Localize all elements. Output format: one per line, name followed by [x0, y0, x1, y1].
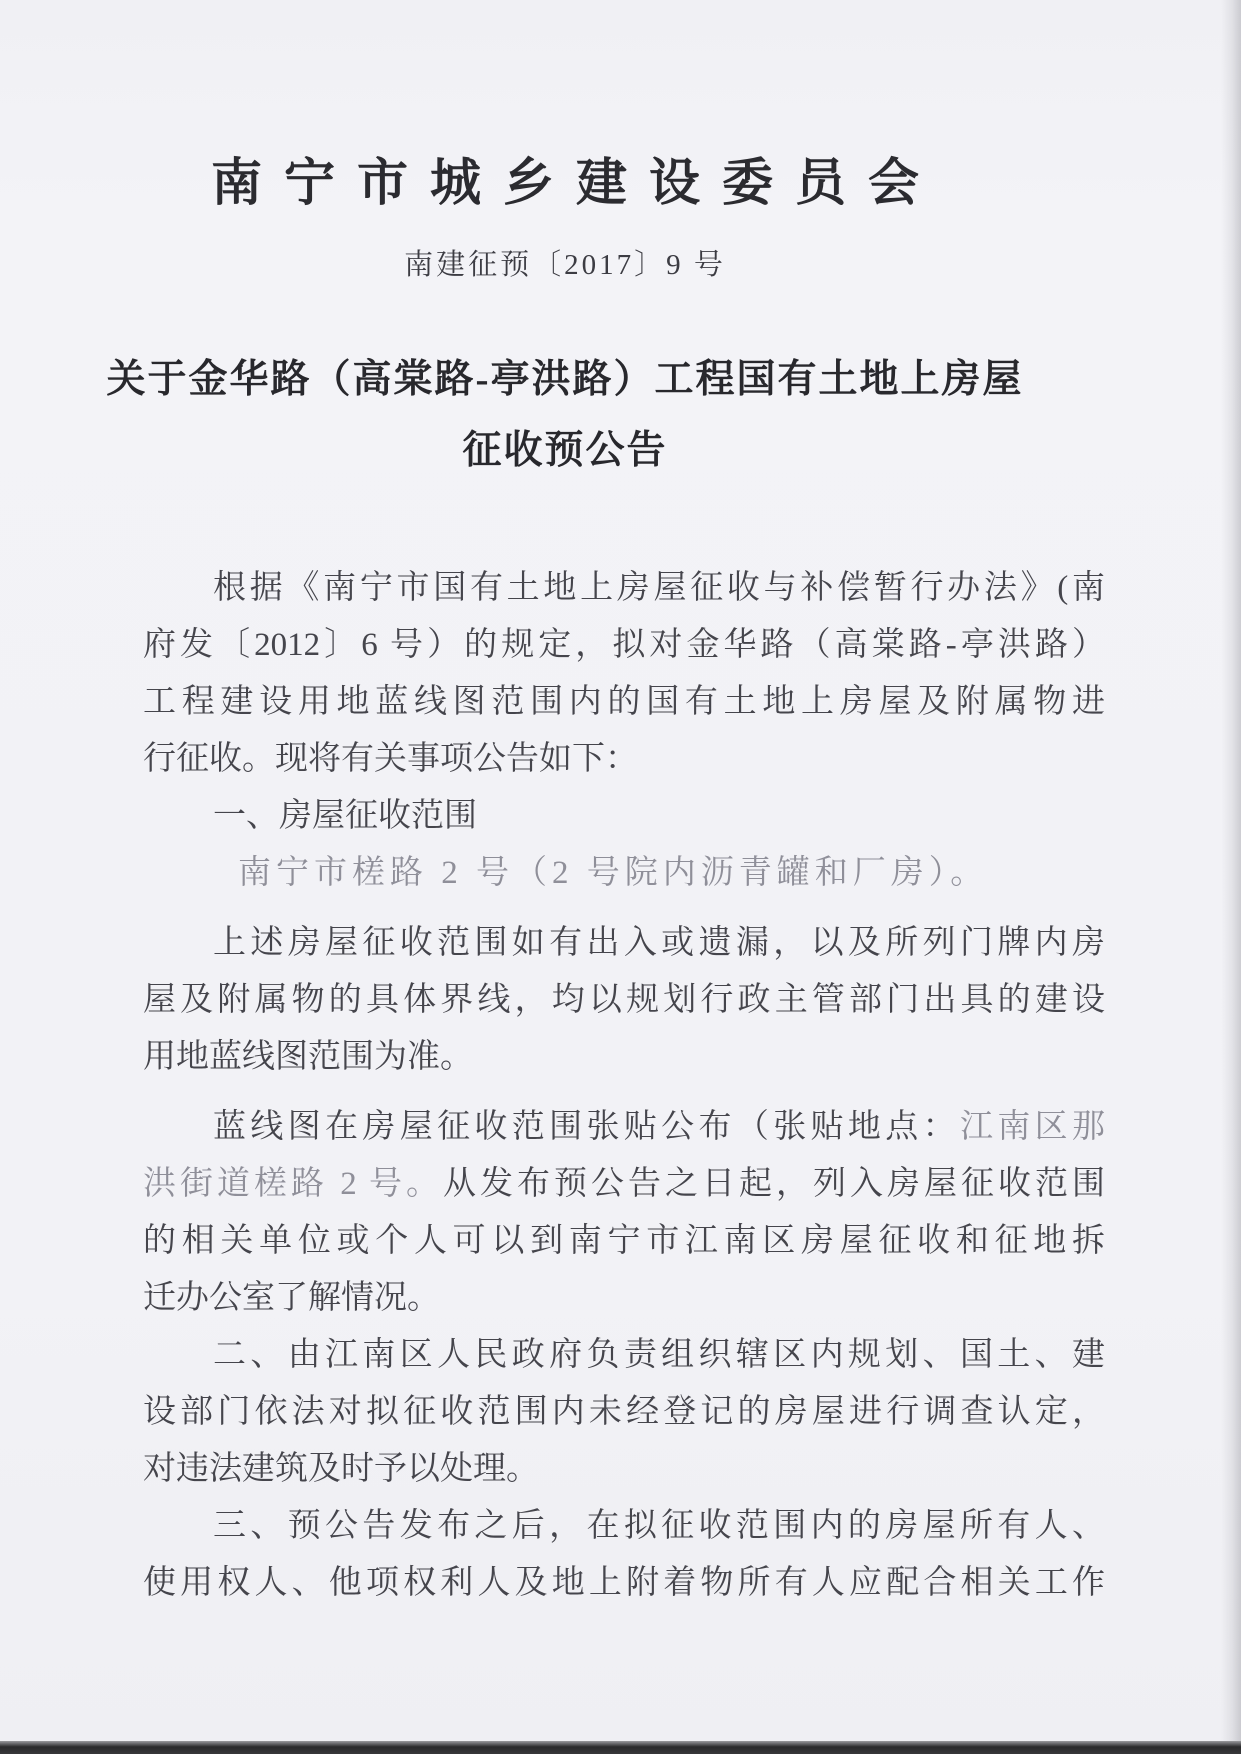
body-line: 对违法建筑及时予以处理。 [143, 1441, 1105, 1498]
body-text-segment: 用地蓝线图范围为准。 [143, 1039, 473, 1075]
filled-in-text: 洪街道槎路 2 号。 [143, 1166, 443, 1202]
filled-in-text: 江南区那 [960, 1109, 1105, 1145]
body-text-segment: 三、预公告发布之后，在拟征收范围内的房屋所有人、 [213, 1508, 1105, 1544]
body-line: 南宁市槎路 2 号（2 号院内沥青罐和厂房）。 [143, 845, 1105, 902]
body-line: 三、预公告发布之后，在拟征收范围内的房屋所有人、 [143, 1498, 1105, 1555]
body-text-segment: 屋及附属物的具体界线，均以规划行政主管部门出具的建设 [143, 982, 1105, 1018]
body-text-segment: 上述房屋征收范围如有出入或遗漏，以及所列门牌内房 [213, 925, 1105, 961]
body-line: 屋及附属物的具体界线，均以规划行政主管部门出具的建设 [143, 972, 1105, 1029]
body-line: 行征收。现将有关事项公告如下： [143, 731, 1105, 788]
body-text-segment: 工程建设用地蓝线图范围内的国有土地上房屋及附属物进 [143, 684, 1105, 720]
body-text-segment: 二、由江南区人民政府负责组织辖区内规划、国土、建 [213, 1337, 1105, 1373]
document-number: 南建征预〔2017〕9 号 [80, 242, 1050, 283]
announcement-title: 关于金华路（高棠路-亭洪路）工程国有土地上房屋 征收预公告 [80, 344, 1050, 486]
body-line: 根据《南宁市国有土地上房屋征收与补偿暂行办法》(南 [143, 560, 1105, 617]
scan-bottom-edge [0, 1741, 1241, 1754]
body-line: 上述房屋征收范围如有出入或遗漏，以及所列门牌内房 [143, 915, 1105, 972]
body-text-segment: 设部门依法对拟征收范围内未经登记的房屋进行调查认定， [143, 1394, 1105, 1430]
body-text-segment: 的相关单位或个人可以到南宁市江南区房屋征收和征地拆 [143, 1223, 1105, 1259]
body-text-segment: 行征收。现将有关事项公告如下： [143, 741, 638, 777]
body-line: 工程建设用地蓝线图范围内的国有土地上房屋及附属物进 [143, 674, 1105, 731]
document-header: 南宁市城乡建设委员会 南建征预〔2017〕9 号 [80, 148, 1050, 283]
announcement-body: 根据《南宁市国有土地上房屋征收与补偿暂行办法》(南府发〔2012〕6 号）的规定… [143, 560, 1105, 1612]
body-line: 府发〔2012〕6 号）的规定，拟对金华路（高棠路-亭洪路） [143, 617, 1105, 674]
body-line: 迁办公室了解情况。 [143, 1270, 1105, 1327]
body-text-segment: 根据《南宁市国有土地上房屋征收与补偿暂行办法》(南 [213, 570, 1105, 606]
page-right-edge-shadow [1221, 0, 1241, 1754]
body-line: 一、房屋征收范围 [143, 788, 1105, 845]
body-line: 使用权人、他项权利人及地上附着物所有人应配合相关工作 [143, 1555, 1105, 1612]
announcement-title-line1: 关于金华路（高棠路-亭洪路）工程国有土地上房屋 [80, 344, 1050, 415]
body-text-segment: 一、房屋征收范围 [213, 798, 477, 834]
body-line: 蓝线图在房屋征收范围张贴公布（张贴地点：江南区那 [143, 1099, 1105, 1156]
body-line: 设部门依法对拟征收范围内未经登记的房屋进行调查认定， [143, 1384, 1105, 1441]
body-line: 二、由江南区人民政府负责组织辖区内规划、国土、建 [143, 1327, 1105, 1384]
body-text-segment: 府发〔2012〕6 号）的规定，拟对金华路（高棠路-亭洪路） [143, 627, 1105, 663]
body-text-segment: 从发布预公告之日起，列入房屋征收范围 [443, 1166, 1105, 1202]
body-line: 洪街道槎路 2 号。从发布预公告之日起，列入房屋征收范围 [143, 1156, 1105, 1213]
issuing-org-title: 南宁市城乡建设委员会 [80, 148, 1050, 220]
body-text-segment: 蓝线图在房屋征收范围张贴公布（张贴地点： [213, 1109, 960, 1145]
body-text-segment: 对违法建筑及时予以处理。 [143, 1451, 539, 1487]
document-page: 南宁市城乡建设委员会 南建征预〔2017〕9 号 关于金华路（高棠路-亭洪路）工… [0, 0, 1241, 1754]
body-text-segment: 南宁市槎路 2 号（2 号院内沥青罐和厂房）。 [238, 855, 988, 891]
body-line: 的相关单位或个人可以到南宁市江南区房屋征收和征地拆 [143, 1213, 1105, 1270]
body-text-segment: 迁办公室了解情况。 [143, 1280, 440, 1316]
body-line: 用地蓝线图范围为准。 [143, 1029, 1105, 1086]
body-text-segment: 使用权人、他项权利人及地上附着物所有人应配合相关工作 [143, 1565, 1105, 1601]
announcement-title-line2: 征收预公告 [80, 415, 1050, 486]
